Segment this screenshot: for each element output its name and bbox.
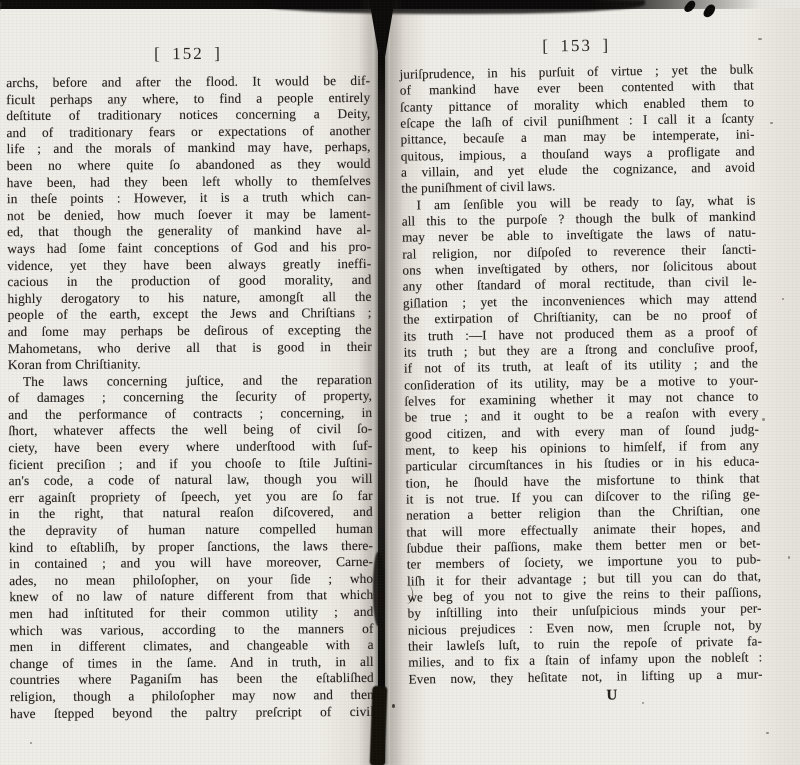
scan-speck <box>758 38 762 40</box>
scan-speck <box>770 122 773 124</box>
text-line: deſtitute of traditionary notices concer… <box>6 106 370 125</box>
text-line: ways had ſome faint conceptions of God a… <box>7 239 371 258</box>
scan-speck <box>788 556 790 559</box>
text-line: people of the earth, except the Jews and… <box>8 305 372 324</box>
binding-ink-blob <box>373 552 384 626</box>
text-line: men in different climates, and changeabl… <box>10 637 374 656</box>
text-line: been no where quite ſo abandoned as they… <box>7 156 371 175</box>
text-line: in contained ; and you will have moreove… <box>9 554 373 573</box>
scan-speck <box>702 642 705 644</box>
scan-speck <box>782 298 784 300</box>
scan-speck <box>766 732 769 734</box>
page-number-152: [ 152 ] <box>6 43 370 65</box>
text-line: the depravity of human nature compelled … <box>9 521 373 540</box>
text-line: cacious in the production of good morali… <box>7 272 371 291</box>
page-153-text: juriſprudence, in his purſuit of virtue … <box>399 61 762 687</box>
scan-speck <box>392 704 395 708</box>
text-line: Mahometans, who derive all that is good … <box>8 338 372 357</box>
text-line: have ſtepped beyond the paltry preſcript… <box>10 703 374 722</box>
text-line: ciety, have been every where underſtood … <box>8 438 372 457</box>
binding-ink-blob <box>370 686 388 765</box>
scan-speck <box>642 702 644 704</box>
binding-gutter <box>378 0 385 765</box>
text-line: in theſe points : However, it is a truth… <box>7 189 371 208</box>
page-152: [ 152 ] archs, before and after the floo… <box>6 43 374 722</box>
text-line: religion, though a philoſopher may now a… <box>10 687 374 706</box>
scan-speck <box>762 418 765 421</box>
page-152-text: archs, before and after the flood. It wo… <box>6 73 374 722</box>
text-line: and ſome may perhaps be deſirous of exce… <box>8 322 372 341</box>
page-number-153: [ 153 ] <box>399 33 753 58</box>
text-line: an's code, a code of natural law, though… <box>9 471 373 490</box>
scan-speck <box>30 742 32 744</box>
book-scan: [ 152 ] archs, before and after the floo… <box>0 0 800 765</box>
page-153: [ 153 ] juriſprudence, in his purſuit of… <box>399 33 763 707</box>
text-line: of damages ; concerning the ſecurity of … <box>8 388 372 407</box>
text-line: archs, before and after the flood. It wo… <box>6 73 370 92</box>
text-line: men had inſtituted for their common util… <box>9 604 373 623</box>
